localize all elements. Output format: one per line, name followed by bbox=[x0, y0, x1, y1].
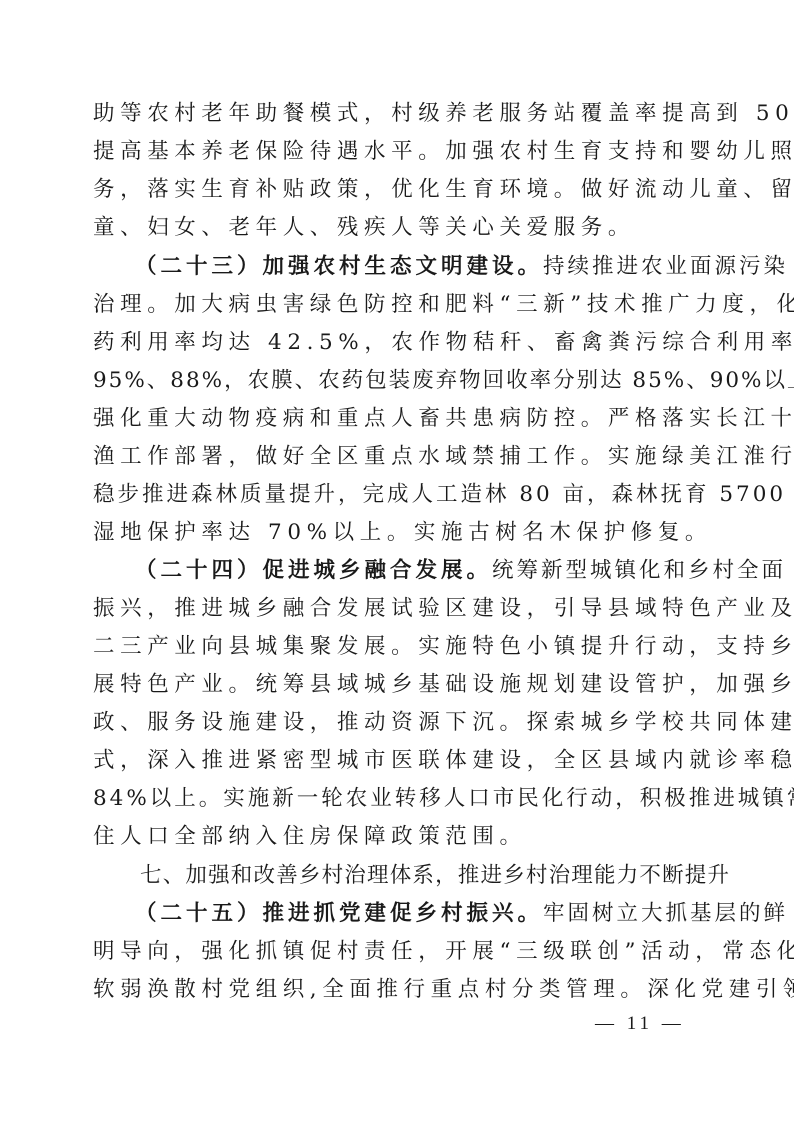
body-text-line: 95%、88%，农膜、农药包装废弃物回收率分别达 85%、90%以上。 bbox=[93, 362, 705, 400]
body-text-line: 住人口全部纳入住房保障政策范围。 bbox=[93, 818, 705, 856]
body-text-line: 84%以上。实施新一轮农业转移人口市民化行动，积极推进城镇常 bbox=[93, 780, 705, 818]
paragraph-25-heading: （二十五）推进抓党建促乡村振兴。 bbox=[135, 901, 543, 926]
section-heading: 七、加强和改善乡村治理体系，推进乡村治理能力不断提升 bbox=[140, 857, 705, 895]
body-text-line: 童、妇女、老年人、残疾人等关心关爱服务。 bbox=[93, 209, 705, 247]
body-text-line: 振兴，推进城乡融合发展试验区建设，引导县域特色产业及农村 bbox=[93, 590, 705, 628]
body-text-line: 稳步推进森林质量提升，完成人工造林 80 亩，森林抚育 5700 亩。 bbox=[93, 476, 705, 514]
body-text-line: 强化重大动物疫病和重点人畜共患病防控。严格落实长江十年禁 bbox=[93, 400, 705, 438]
body-text-line: 明导向，强化抓镇促村责任，开展“三级联创”活动，常态化整顿 bbox=[93, 933, 705, 971]
paragraph-25-first-line-text: 牢固树立大抓基层的鲜 bbox=[543, 901, 788, 926]
paragraph-25-first-line: （二十五）推进抓党建促乡村振兴。牢固树立大抓基层的鲜 bbox=[135, 895, 705, 933]
document-page: 助等农村老年助餐模式，村级养老服务站覆盖率提高到 50%以上。 提高基本养老保险… bbox=[0, 0, 794, 1123]
page-number: — 11 — bbox=[595, 1013, 685, 1035]
body-text-line: 提高基本养老保险待遇水平。加强农村生育支持和婴幼儿照护服 bbox=[93, 133, 705, 171]
paragraph-24-heading: （二十四）促进城乡融合发展。 bbox=[135, 558, 492, 583]
paragraph-23-first-line: （二十三）加强农村生态文明建设。持续推进农业面源污染 bbox=[135, 248, 705, 286]
body-text-line: 助等农村老年助餐模式，村级养老服务站覆盖率提高到 50%以上。 bbox=[93, 95, 705, 133]
body-text-line: 软弱涣散村党组织,全面推行重点村分类管理。深化党建引领信用 bbox=[93, 971, 705, 1009]
body-text-line: 治理。加大病虫害绿色防控和肥料“三新”技术推广力度，化肥农 bbox=[93, 286, 705, 324]
body-text-line: 展特色产业。统筹县域城乡基础设施规划建设管护，加强乡镇市 bbox=[93, 666, 705, 704]
body-text-line: 务，落实生育补贴政策，优化生育环境。做好流动儿童、留守儿 bbox=[93, 171, 705, 209]
paragraph-23-first-line-text: 持续推进农业面源污染 bbox=[543, 254, 788, 279]
body-text-line: 药利用率均达 42.5%，农作物秸秆、畜禽粪污综合利用率分别达 bbox=[93, 324, 705, 362]
body-text-line: 二三产业向县城集聚发展。实施特色小镇提升行动，支持乡镇发 bbox=[93, 628, 705, 666]
paragraph-24-first-line-text: 统筹新型城镇化和乡村全面 bbox=[492, 558, 786, 583]
paragraph-23-heading: （二十三）加强农村生态文明建设。 bbox=[135, 254, 543, 279]
body-text-line: 政、服务设施建设，推动资源下沉。探索城乡学校共同体建设模 bbox=[93, 704, 705, 742]
body-text-line: 湿地保护率达 70%以上。实施古树名木保护修复。 bbox=[93, 514, 705, 552]
body-text-line: 渔工作部署，做好全区重点水域禁捕工作。实施绿美江淮行动， bbox=[93, 438, 705, 476]
body-text-line: 式，深入推进紧密型城市医联体建设，全区县域内就诊率稳定在 bbox=[93, 742, 705, 780]
paragraph-24-first-line: （二十四）促进城乡融合发展。统筹新型城镇化和乡村全面 bbox=[135, 552, 705, 590]
